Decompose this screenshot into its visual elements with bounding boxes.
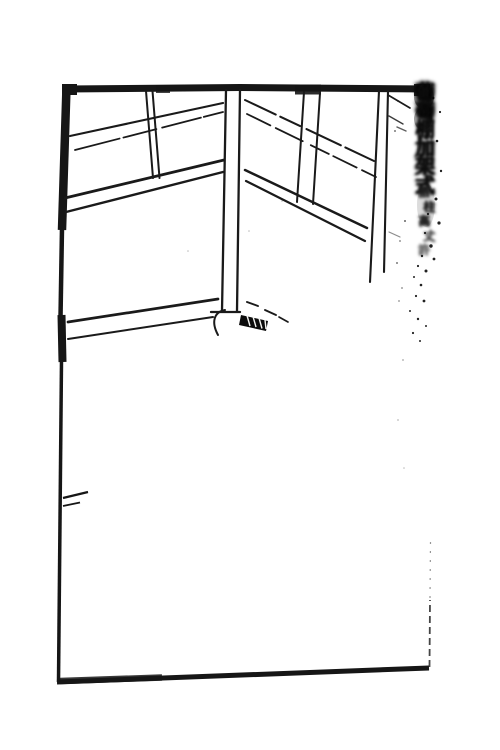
right-wall-beam [245,170,400,241]
left-wall-upper-rail [70,103,223,150]
corner-post-foot [211,310,240,335]
trellis-drawing [65,90,410,339]
annotation-glyph: 丈 [420,228,438,243]
left-wall-ground-sill [68,299,218,339]
left-border-spur [63,492,88,506]
annotation-glyph: 搭 [415,185,433,200]
right-post [370,91,388,282]
annotation-glyph: 高 [415,214,433,229]
annotation-glyph: 許 [415,243,433,258]
caption-annotation-column: 搭 柱 高 丈 許 [414,185,440,258]
left-post [146,91,160,178]
right-wall-upper-rails [245,100,376,177]
left-wall-beam [65,160,224,212]
caption-title-column: 葡 萄 棚 加 架 式 [410,83,440,194]
scanned-book-page: 葡 萄 棚 加 架 式 搭 柱 高 丈 許 [0,0,500,750]
annotation-glyph: 柱 [420,199,438,214]
corner-post [222,90,240,311]
top-right-rail-dashes [388,95,410,131]
hatched-base-block [239,315,268,331]
